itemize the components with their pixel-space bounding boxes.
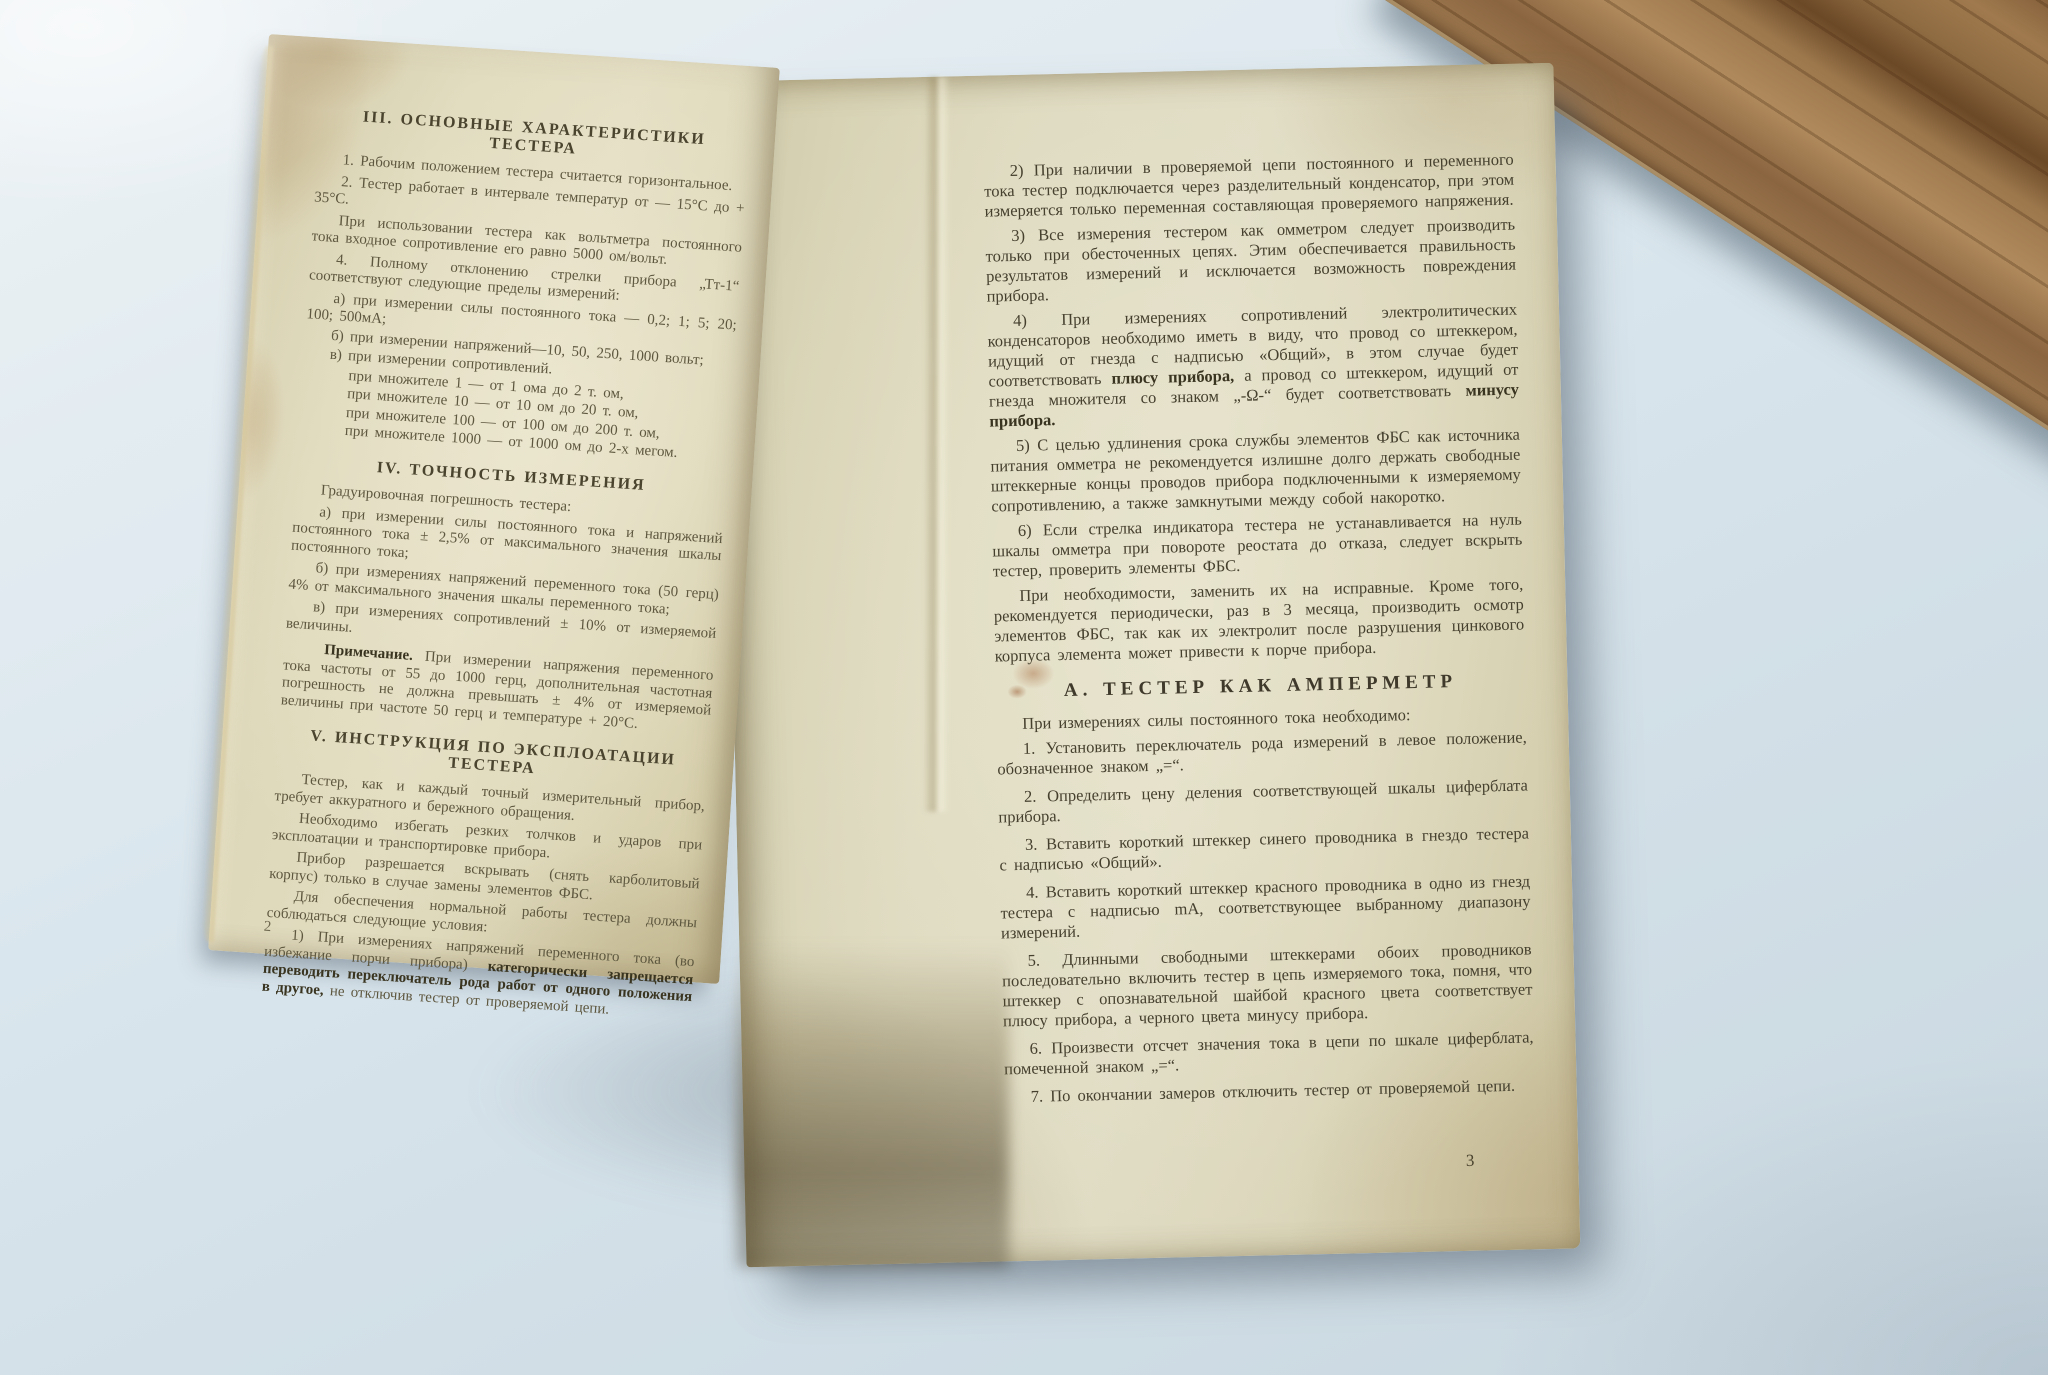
paragraph-item-3: 3) Все измерения тестером как омметром с… — [985, 215, 1517, 307]
photo-scene: 2) При наличии в проверяемой цепи постоя… — [0, 0, 2048, 1375]
paragraph-item-2: 2) При наличии в проверяемой цепи постоя… — [984, 150, 1515, 222]
note-text: При измерении напряжения переменного ток… — [280, 648, 714, 732]
section-heading-ammeter: А. ТЕСТЕР КАК АМПЕРМЕТР — [995, 670, 1525, 702]
booklet-page-left: III. ОСНОВНЫЕ ХАРАКТЕРИСТИКИ ТЕСТЕРА 1. … — [208, 34, 780, 984]
ammeter-step-6: 6. Произвести отсчет значения тока в цеп… — [1003, 1027, 1534, 1079]
ammeter-step-3: 3. Вставить короткий штеккер синего пров… — [999, 823, 1530, 875]
ammeter-step-7: 7. По окончании замеров отключить тестер… — [1005, 1075, 1535, 1107]
ammeter-step-5: 5. Длинными свободными штеккерами обоих … — [1001, 939, 1533, 1031]
paragraph-item-6: 6) Если стрелка индикатора тестера не ус… — [992, 510, 1523, 582]
ammeter-step-4: 4. Вставить короткий штеккер красного пр… — [1000, 871, 1531, 943]
paragraph-item-6-continued: При необходимости, заменить их на исправ… — [993, 575, 1525, 667]
page-number-right: 3 — [1466, 1151, 1475, 1171]
paragraph-item-4: 4) При измерениях сопротивлений электрол… — [987, 300, 1520, 432]
ammeter-step-1: 1. Установить переключатель рода измерен… — [997, 727, 1528, 779]
page-number-left: 2 — [263, 918, 272, 936]
fold-crease — [923, 77, 950, 812]
spine-shadow — [737, 942, 1009, 1268]
paragraph-item-5: 5) С целью удлинения срока службы элемен… — [990, 425, 1522, 517]
ammeter-step-2: 2. Определить цену деления соответствующ… — [998, 775, 1529, 827]
item4-bold-plus: плюсу прибора, — [1111, 366, 1234, 388]
